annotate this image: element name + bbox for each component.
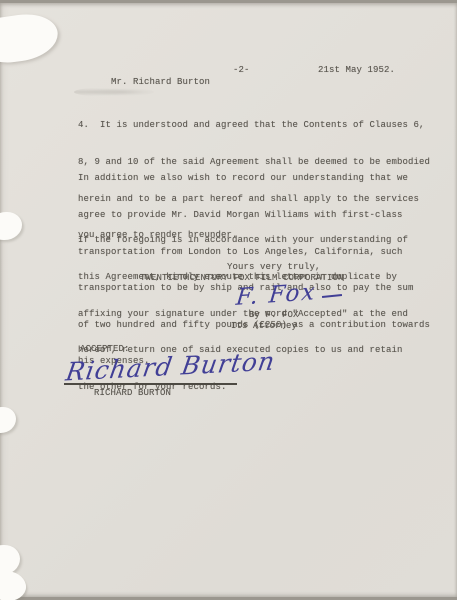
paragraph-line: In addition we also wish to record our u… (78, 172, 430, 184)
torn-edge-left-upper (0, 212, 22, 240)
paragraph-line: If the foregoing is in accordance with y… (78, 234, 408, 246)
attorney-title: Its Attorney (231, 320, 297, 332)
letter-photo: Mr. Richard Burton -2- 21st May 1952. 4.… (0, 0, 457, 600)
addressee: Mr. Richard Burton (111, 77, 210, 87)
torn-edge-top-left (0, 10, 61, 66)
accepted-label: ACCEPTED: (80, 343, 130, 355)
torn-edge-left-lower (0, 407, 16, 433)
paragraph-line: 4. It is understood and agreed that the … (78, 119, 430, 131)
typed-name: RICHARD BURTON (94, 387, 171, 399)
torn-edge-bottom-left-2 (0, 567, 29, 600)
letter-page: Mr. Richard Burton -2- 21st May 1952. 4.… (0, 3, 457, 597)
page-number: -2- (233, 64, 250, 76)
letter-date: 21st May 1952. (318, 64, 395, 76)
signature-line (64, 383, 237, 385)
